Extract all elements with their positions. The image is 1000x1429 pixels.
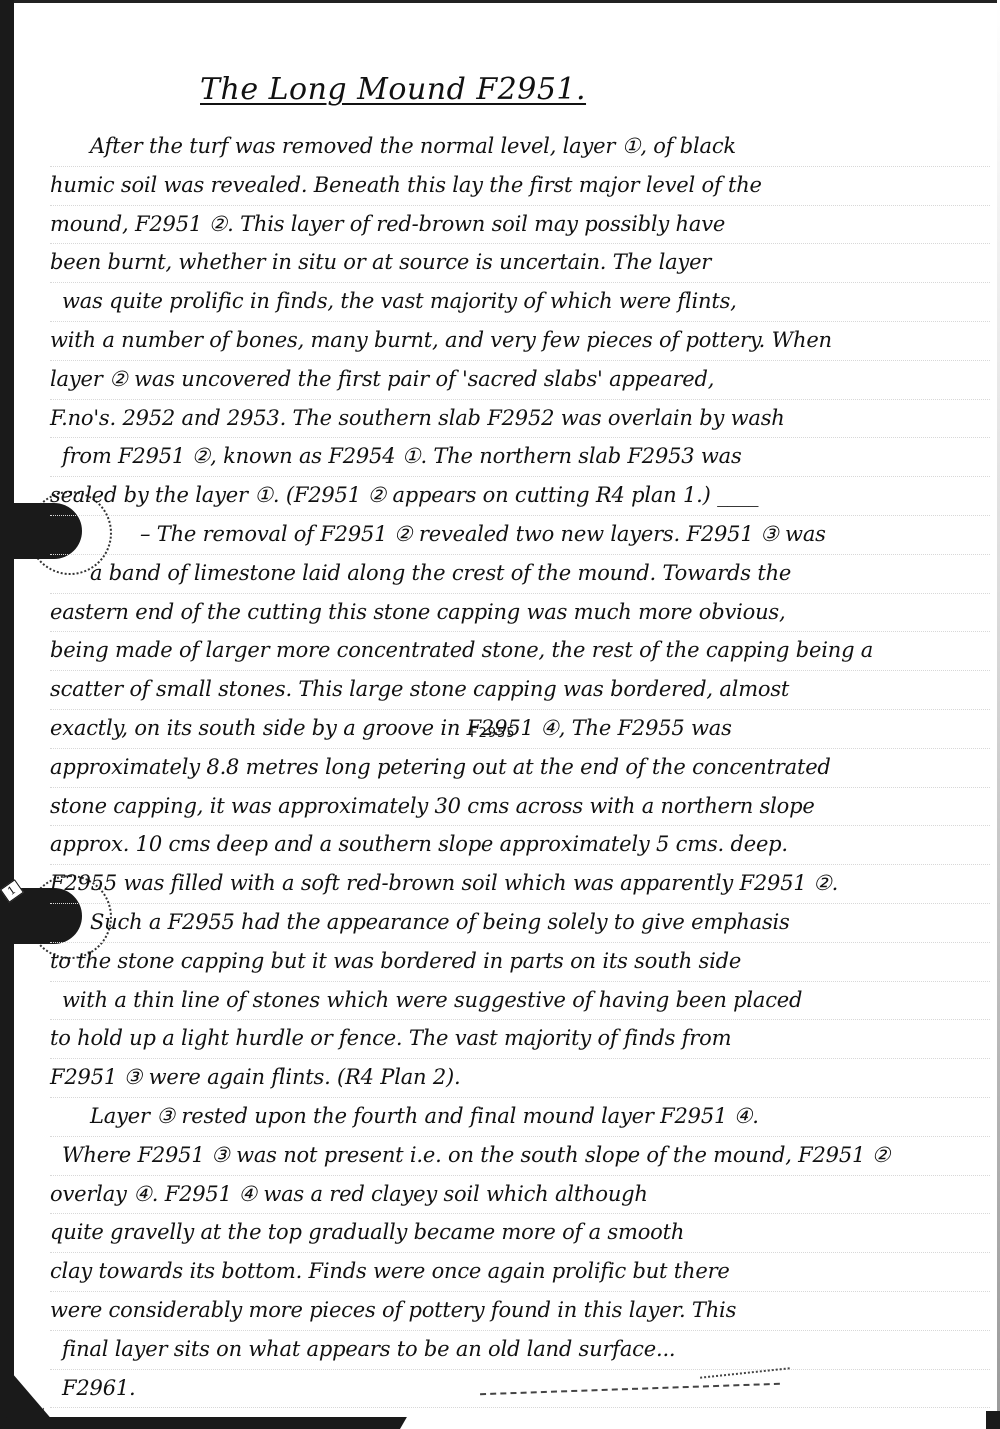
text-line: humic soil was revealed. Beneath this la… — [50, 167, 990, 206]
text-line: F2951 ③ were again flints. (R4 Plan 2). — [50, 1059, 990, 1098]
text-line: – The removal of F2951 ② revealed two ne… — [50, 516, 990, 555]
text-line: overlay ④. F2951 ④ was a red clayey soil… — [50, 1176, 990, 1215]
text-line: approx. 10 cms deep and a southern slope… — [50, 826, 990, 865]
body-text: After the turf was removed the normal le… — [50, 128, 990, 1408]
text-line: with a number of bones, many burnt, and … — [50, 322, 990, 361]
scan-border-top — [0, 0, 1000, 3]
text-line: Layer ③ rested upon the fourth and final… — [50, 1098, 990, 1137]
text-line: layer ② was uncovered the first pair of … — [50, 361, 990, 400]
text-line: to hold up a light hurdle or fence. The … — [50, 1020, 990, 1059]
text-line: approximately 8.8 metres long petering o… — [50, 749, 990, 788]
text-line: Where F2951 ③ was not present i.e. on th… — [50, 1137, 990, 1176]
text-line: to the stone capping but it was bordered… — [50, 943, 990, 982]
text-line: eastern end of the cutting this stone ca… — [50, 594, 990, 633]
text-line: F2961. — [50, 1370, 990, 1409]
text-line: sealed by the layer ①. (F2951 ② appears … — [50, 477, 990, 516]
text-line: a band of limestone laid along the crest… — [50, 555, 990, 594]
text-line: been burnt, whether in situ or at source… — [50, 244, 990, 283]
scan-border-bottom — [0, 1417, 407, 1429]
page-title: The Long Mound F2951. — [200, 72, 586, 107]
text-line: was quite prolific in finds, the vast ma… — [50, 283, 990, 322]
text-line: clay towards its bottom. Finds were once… — [50, 1253, 990, 1292]
text-line: final layer sits on what appears to be a… — [50, 1331, 990, 1370]
text-line: quite gravelly at the top gradually beca… — [50, 1214, 990, 1253]
text-line: stone capping, it was approximately 30 c… — [50, 788, 990, 827]
text-line: F.no's. 2952 and 2953. The southern slab… — [50, 400, 990, 439]
text-line: After the turf was removed the normal le… — [50, 128, 990, 167]
text-line: being made of larger more concentrated s… — [50, 632, 990, 671]
text-line: scatter of small stones. This large ston… — [50, 671, 990, 710]
text-line: Such a F2955 had the appearance of being… — [50, 904, 990, 943]
text-line: mound, F2951 ②. This layer of red-brown … — [50, 206, 990, 245]
text-line: from F2951 ②, known as F2954 ①. The nort… — [50, 438, 990, 477]
text-line: were considerably more pieces of pottery… — [50, 1292, 990, 1331]
scan-border-corner — [986, 1411, 1000, 1429]
text-line: exactly, on its south side by a groove i… — [50, 710, 990, 749]
text-line: with a thin line of stones which were su… — [50, 982, 990, 1021]
text-line: F2955 was filled with a soft red-brown s… — [50, 865, 990, 904]
scan-border-left — [0, 0, 14, 1429]
